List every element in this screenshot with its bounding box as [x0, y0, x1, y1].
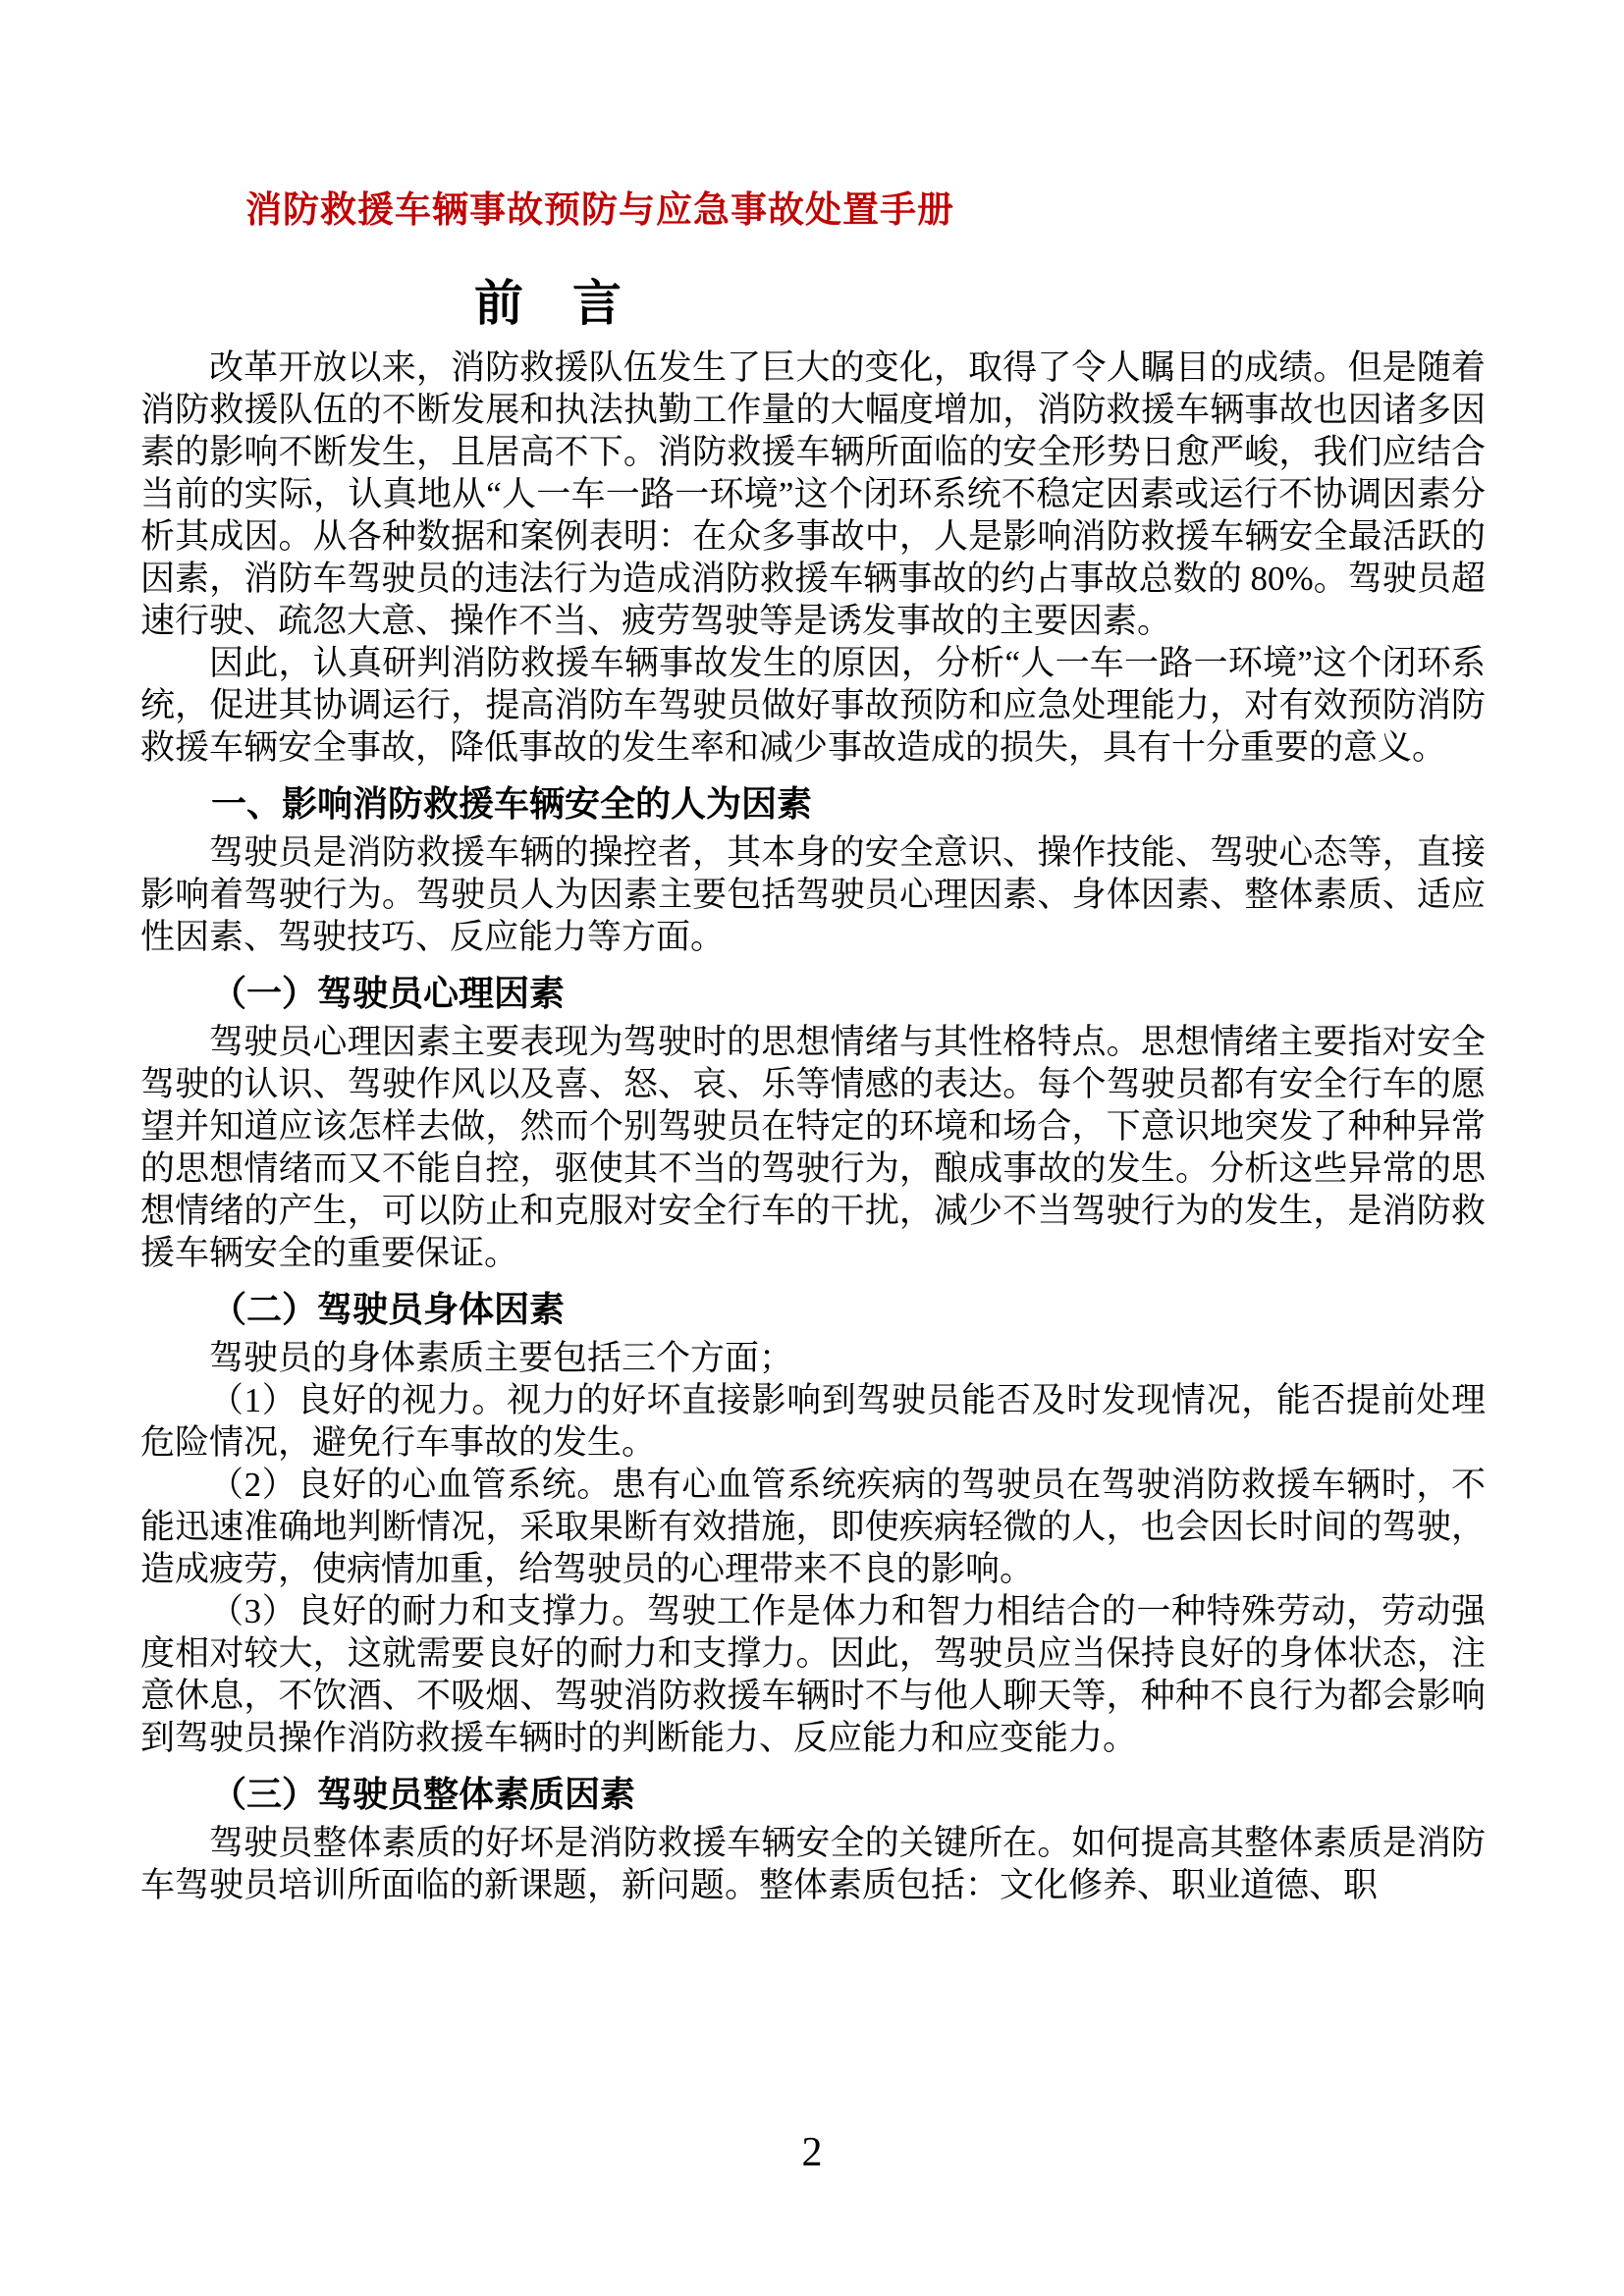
- subsection-heading: （二）驾驶员身体因素: [140, 1288, 1486, 1331]
- document-body: 改革开放以来，消防救援队伍发生了巨大的变化，取得了令人瞩目的成绩。但是随着消防救…: [140, 347, 1486, 1906]
- document-content-area: 消防救援车辆事故预防与应急事故处置手册 前 言 改革开放以来，消防救援队伍发生了…: [140, 189, 1486, 1906]
- subsection-heading: （一）驾驶员心理因素: [140, 972, 1486, 1015]
- subsection-heading: （三）驾驶员整体素质因素: [140, 1773, 1486, 1816]
- paragraph: （2）良好的心血管系统。患有心血管系统疾病的驾驶员在驾驶消防救援车辆时，不能迅速…: [140, 1464, 1486, 1590]
- paragraph: 驾驶员的身体素质主要包括三个方面；: [140, 1337, 1486, 1379]
- paragraph: 驾驶员心理因素主要表现为驾驶时的思想情绪与其性格特点。思想情绪主要指对安全驾驶的…: [140, 1021, 1486, 1274]
- page-title: 前 言: [474, 276, 1486, 331]
- paragraph: 驾驶员是消防救援车辆的操控者，其本身的安全意识、操作技能、驾驶心态等，直接影响着…: [140, 831, 1486, 958]
- paragraph: （3）良好的耐力和支撑力。驾驶工作是体力和智力相结合的一种特殊劳动，劳动强度相对…: [140, 1590, 1486, 1759]
- document-header-title: 消防救援车辆事故预防与应急事故处置手册: [245, 189, 1486, 231]
- paragraph: 驾驶员整体素质的好坏是消防救援车辆安全的关键所在。如何提高其整体素质是消防车驾驶…: [140, 1822, 1486, 1906]
- page-number: 2: [0, 2128, 1624, 2177]
- section-heading: 一、影响消防救援车辆安全的人为因素: [140, 782, 1486, 826]
- document-page: 消防救援车辆事故预防与应急事故处置手册 前 言 改革开放以来，消防救援队伍发生了…: [0, 0, 1624, 2296]
- paragraph: 因此，认真研判消防救援车辆事故发生的原因，分析“人一车一路一环境”这个闭环系统，…: [140, 642, 1486, 769]
- paragraph: （1）良好的视力。视力的好坏直接影响到驾驶员能否及时发现情况，能否提前处理危险情…: [140, 1379, 1486, 1464]
- paragraph: 改革开放以来，消防救援队伍发生了巨大的变化，取得了令人瞩目的成绩。但是随着消防救…: [140, 347, 1486, 642]
